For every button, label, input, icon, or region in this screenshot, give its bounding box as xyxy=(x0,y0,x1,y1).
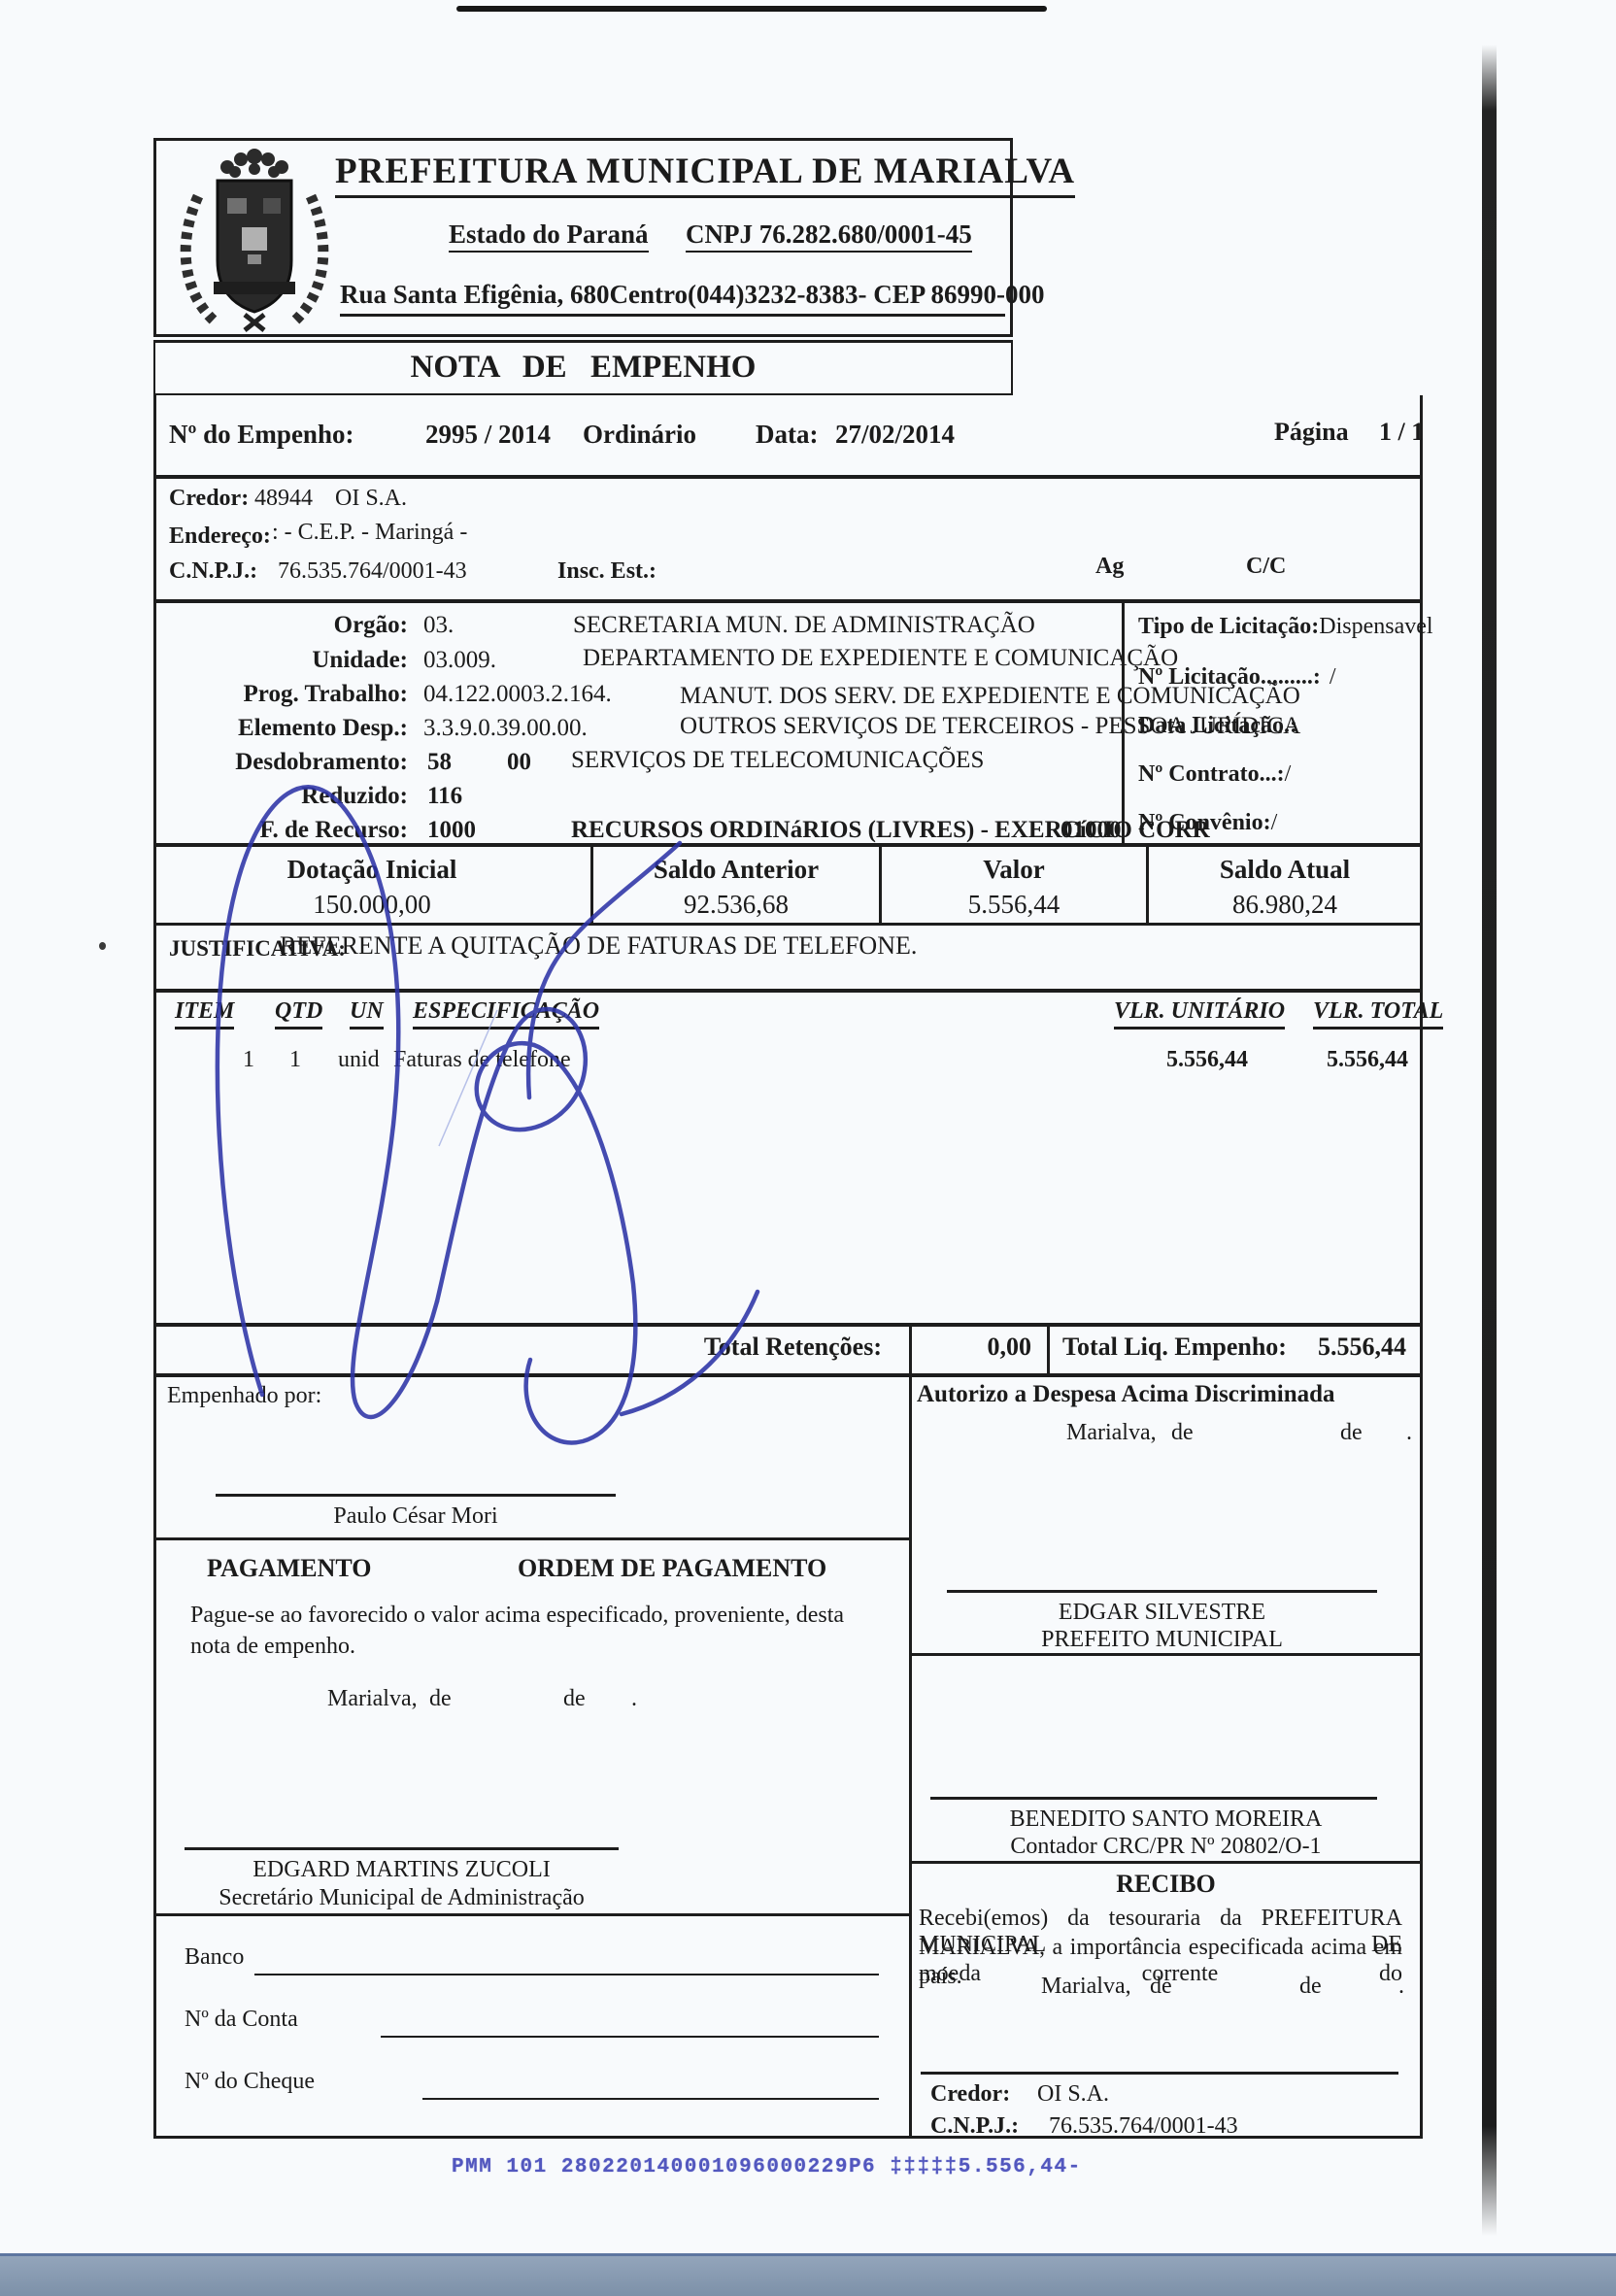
signature-line xyxy=(930,1797,1377,1800)
phone: (044)3232-8383 xyxy=(688,280,858,309)
recibo-body: país. xyxy=(919,1964,962,1990)
dateline-de: de xyxy=(563,1686,586,1712)
saldo-label: Saldo Anterior xyxy=(593,855,879,884)
scan-ink-dot xyxy=(99,942,106,950)
conta-label: Nº da Conta xyxy=(185,2007,298,2033)
endereco-label: Endereço: xyxy=(169,523,271,550)
budget-label: F. de Recurso: xyxy=(163,817,408,844)
district: Centro xyxy=(610,280,689,309)
saldo-value: 150.000,00 xyxy=(153,890,590,919)
budget-label: Prog. Trabalho: xyxy=(163,681,408,708)
licitacao-label: Tipo de Licitação: xyxy=(1138,614,1319,639)
scan-bottom-band xyxy=(0,2253,1616,2296)
divider-line xyxy=(153,843,1423,847)
budget-label: Orgão: xyxy=(163,612,408,639)
scanned-empenho-document: PREFEITURA MUNICIPAL DE MARIALVA Estado … xyxy=(0,0,1616,2296)
divider-line xyxy=(909,1327,912,1373)
municipal-coat-of-arms-icon xyxy=(167,146,342,332)
item-un: unid xyxy=(338,1047,380,1073)
licitacao-label: Nº Licitação.........: xyxy=(1138,664,1321,690)
empenho-number-label: Nº do Empenho: xyxy=(169,420,353,449)
contador-signer-role: Contador CRC/PR Nº 20802/O-1 xyxy=(909,1834,1423,1860)
divider-line xyxy=(153,475,1423,479)
dateline-dot: . xyxy=(1398,1974,1404,2000)
budget-code: 04.122.0003.2.164. xyxy=(423,681,612,708)
page-number: 1 / 1 xyxy=(1379,418,1424,446)
divider-line xyxy=(921,2072,1398,2075)
item-total-value: 5.556,44 xyxy=(1301,1047,1408,1073)
endereco-value: : - C.E.P. - Maringá - xyxy=(272,520,467,546)
divider-line xyxy=(153,599,1423,603)
empenho-date: 27/02/2014 xyxy=(835,420,955,449)
licitacao-row: Nº Convênio:/ xyxy=(1138,810,1277,836)
budget-label: Elemento Desp.: xyxy=(163,715,408,742)
liquido-label: Total Liq. Empenho: xyxy=(1062,1333,1287,1361)
header-cnpj: CNPJ 76.282.680/0001-45 xyxy=(686,219,972,253)
liquido-value: 5.556,44 xyxy=(1292,1333,1406,1361)
empenhado-label: Empenhado por: xyxy=(167,1383,321,1409)
scan-top-edge-line xyxy=(456,6,1047,12)
licitacao-value: / xyxy=(1285,761,1292,787)
budget-desc: DEPARTAMENTO DE EXPEDIENTE E COMUNICAÇÃO xyxy=(583,645,1178,672)
divider-line xyxy=(153,923,1423,926)
saldo-label: Valor xyxy=(882,855,1146,884)
conta-fill-line xyxy=(381,2036,879,2038)
licitacao-row: Tipo de Licitação:Dispensavel xyxy=(1138,614,1433,640)
budget-code: 03.009. xyxy=(423,647,496,674)
credor-cnpj-label: C.N.P.J.: xyxy=(169,558,257,585)
items-header-item: ITEM xyxy=(175,998,234,1030)
dateline-de: de xyxy=(1171,1420,1194,1446)
dateline-dot: . xyxy=(631,1686,637,1712)
banco-label: Banco xyxy=(185,1944,244,1971)
dateline-de: de xyxy=(1150,1974,1172,2000)
item-espec: Faturas de telefone xyxy=(393,1047,571,1073)
budget-desc: SERVIÇOS DE TELECOMUNICAÇÕES xyxy=(571,747,984,774)
page-label: Página xyxy=(1274,418,1349,446)
cheque-label: Nº do Cheque xyxy=(185,2069,315,2095)
recibo-credor: OI S.A. xyxy=(1037,2081,1109,2108)
doc-title-box: NOTA DE EMPENHO xyxy=(153,340,1013,395)
divider-line xyxy=(153,1537,912,1540)
saldo-value: 5.556,44 xyxy=(882,890,1146,919)
licitacao-row: Data Licitação.: xyxy=(1138,713,1297,739)
credor-code: 48944 xyxy=(254,486,313,512)
divider-line xyxy=(1047,1327,1050,1373)
budget-label: Desdobramento: xyxy=(163,749,408,776)
credor-cnpj: 76.535.764/0001-43 xyxy=(278,558,467,585)
pagamento-body: nota de empenho. xyxy=(190,1634,355,1660)
page-title: PREFEITURA MUNICIPAL DE MARIALVA xyxy=(335,152,1075,198)
contador-signer: BENEDITO SANTO MOREIRA xyxy=(909,1806,1423,1833)
pagamento-signer-role: Secretário Municipal de Administração xyxy=(185,1885,619,1911)
divider-line xyxy=(153,1323,1423,1327)
item-unit-value: 5.556,44 xyxy=(1151,1047,1248,1073)
dateline-city: Marialva, xyxy=(1066,1420,1157,1446)
autorizo-title: Autorizo a Despesa Acima Discriminada xyxy=(917,1381,1335,1408)
street-address: Rua Santa Efigênia, 680 xyxy=(340,280,610,309)
licitacao-value: Dispensavel xyxy=(1319,614,1432,639)
budget-code: 58 xyxy=(427,749,452,776)
budget-code: 3.3.9.0.39.00.00. xyxy=(423,715,588,742)
budget-code: 1000 xyxy=(427,817,476,844)
divider-line xyxy=(153,1913,912,1916)
autorizo-signer: EDGAR SILVESTRE xyxy=(947,1600,1377,1626)
saldo-label: Saldo Atual xyxy=(1149,855,1421,884)
pagamento-title: PAGAMENTO xyxy=(207,1554,371,1582)
recibo-credor-label: Credor: xyxy=(930,2081,1010,2108)
licitacao-value: / xyxy=(1330,664,1336,690)
signature-line xyxy=(216,1494,616,1497)
budget-code: 03. xyxy=(423,612,454,639)
cep: - CEP 86990-000 xyxy=(858,280,1045,309)
dateline-de: de xyxy=(429,1686,452,1712)
scan-right-edge-bar xyxy=(1482,45,1497,2236)
divider-line xyxy=(153,989,1423,993)
address-line: Rua Santa Efigênia, 680 Centro (044)3232… xyxy=(340,280,1005,317)
retencoes-label: Total Retenções: xyxy=(670,1333,882,1361)
item-qtd: 1 xyxy=(289,1047,301,1073)
divider-line xyxy=(153,1373,1423,1377)
items-header-unit: VLR. UNITÁRIO xyxy=(1114,998,1285,1030)
divider-line xyxy=(909,1653,1423,1656)
signature-line xyxy=(947,1590,1377,1593)
ag-label: Ag xyxy=(1095,554,1124,580)
divider-line xyxy=(1122,602,1125,846)
insc-est-label: Insc. Est.: xyxy=(557,558,656,585)
budget-code-sub: 00 xyxy=(507,749,531,776)
dateline-de: de xyxy=(1299,1974,1322,2000)
dateline-de: de xyxy=(1340,1420,1363,1446)
ordem-pagamento-title: ORDEM DE PAGAMENTO xyxy=(518,1554,826,1582)
budget-extra-code: 01000 xyxy=(1060,817,1122,844)
recibo-title: RECIBO xyxy=(909,1870,1423,1898)
item-number: 1 xyxy=(243,1047,254,1073)
licitacao-row: Nº Contrato...:/ xyxy=(1138,761,1291,788)
recibo-cnpj-label: C.N.P.J.: xyxy=(930,2113,1019,2140)
licitacao-label: Nº Convênio: xyxy=(1138,810,1271,835)
dot-matrix-print: PMM 101 280220140001096000229P6 ‡‡‡‡‡5.5… xyxy=(452,2156,1082,2179)
items-header-espec: ESPECIFICAÇÃO xyxy=(413,998,599,1030)
items-header-qtd: QTD xyxy=(275,998,322,1030)
licitacao-label: Nº Contrato...: xyxy=(1138,761,1285,787)
credor-name: OI S.A. xyxy=(335,486,407,512)
header-title-wrap: PREFEITURA MUNICIPAL DE MARIALVA xyxy=(335,152,1007,198)
credor-label: Credor: xyxy=(169,486,249,512)
dateline-dot: . xyxy=(1406,1420,1412,1446)
recibo-cnpj: 76.535.764/0001-43 xyxy=(1049,2113,1238,2140)
cheque-fill-line xyxy=(422,2098,879,2100)
retencoes-value: 0,00 xyxy=(930,1333,1031,1361)
items-header-un: UN xyxy=(350,998,384,1030)
justificativa-text: REFERENTE A QUITAÇÃO DE FATURAS DE TELEF… xyxy=(280,931,917,960)
licitacao-value: / xyxy=(1271,810,1278,835)
budget-label: Reduzido: xyxy=(163,783,408,810)
licitacao-row: Nº Licitação.........:/ xyxy=(1138,664,1336,691)
dateline-city: Marialva, xyxy=(1041,1974,1131,2000)
doc-title: NOTA DE EMPENHO xyxy=(411,350,757,385)
empenho-type: Ordinário xyxy=(583,420,696,449)
budget-label: Unidade: xyxy=(163,647,408,674)
divider-line xyxy=(909,1861,1423,1864)
empenho-number: 2995 / 2014 xyxy=(425,420,551,449)
saldo-value: 92.536,68 xyxy=(593,890,879,919)
empenho-date-label: Data: xyxy=(756,420,818,449)
cc-label: C/C xyxy=(1246,554,1286,580)
budget-code: 116 xyxy=(427,783,462,810)
state-label: Estado do Paraná xyxy=(449,219,649,253)
saldo-label: Dotação Inicial xyxy=(153,855,590,884)
empenhado-signer: Paulo César Mori xyxy=(216,1503,616,1530)
saldo-value: 86.980,24 xyxy=(1149,890,1421,919)
signature-line xyxy=(185,1847,619,1850)
pagamento-body: Pague-se ao favorecido o valor acima esp… xyxy=(190,1603,844,1629)
banco-fill-line xyxy=(254,1974,879,1975)
budget-desc: SECRETARIA MUN. DE ADMINISTRAÇÃO xyxy=(573,612,1035,639)
items-header-total: VLR. TOTAL xyxy=(1313,998,1443,1030)
dateline-city: Marialva, xyxy=(327,1686,418,1712)
licitacao-label: Data Licitação.: xyxy=(1138,713,1297,738)
autorizo-signer-role: PREFEITO MUNICIPAL xyxy=(947,1627,1377,1653)
pagamento-signer: EDGARD MARTINS ZUCOLI xyxy=(185,1857,619,1883)
divider-line xyxy=(909,1377,912,2139)
